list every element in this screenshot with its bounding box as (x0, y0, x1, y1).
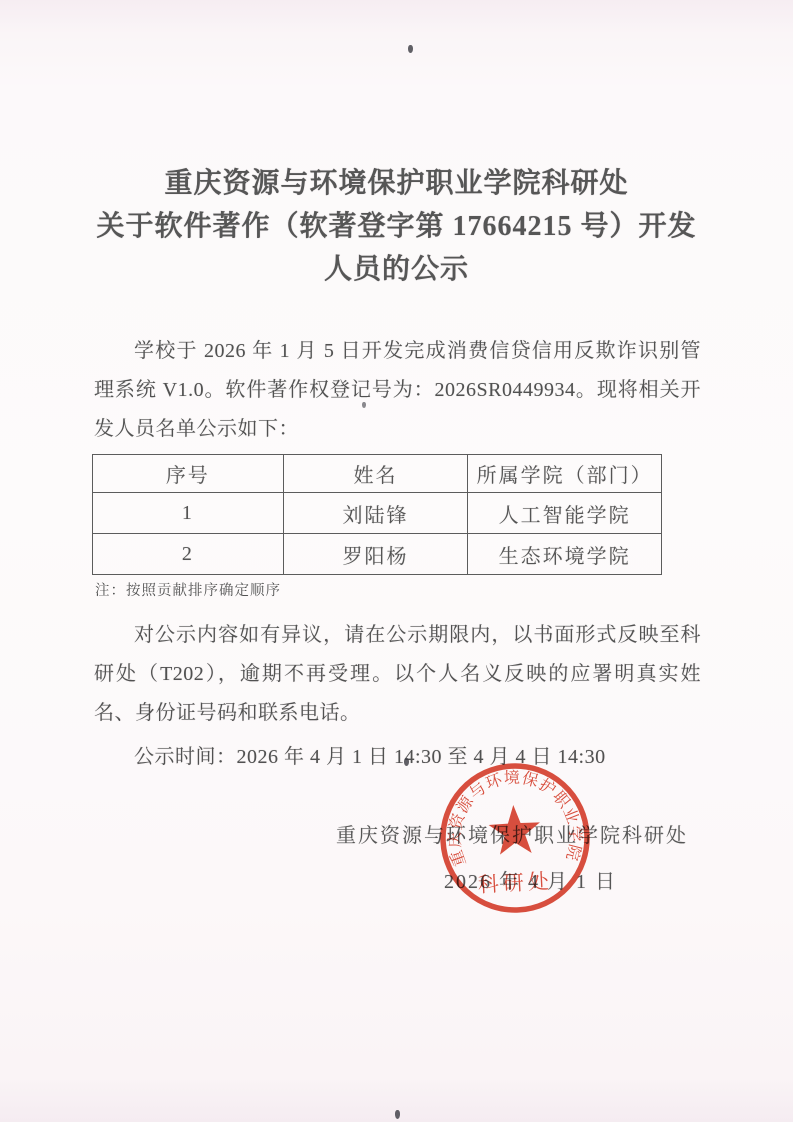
developers-table: 序号 姓名 所属学院（部门） 1 刘陆锋 人工智能学院 2 罗阳杨 生态环境学院 (92, 454, 662, 575)
scan-speck (404, 758, 409, 766)
scan-speck (395, 1110, 400, 1119)
document-title: 重庆资源与环境保护职业学院科研处 关于软件著作（软著登字第 17664215 号… (0, 162, 793, 291)
cell-dept: 人工智能学院 (468, 493, 662, 534)
scan-speck (408, 45, 413, 53)
cell-dept: 生态环境学院 (468, 534, 662, 575)
document-page: 重庆资源与环境保护职业学院科研处 关于软件著作（软著登字第 17664215 号… (0, 0, 793, 1122)
header-dept: 所属学院（部门） (468, 455, 662, 493)
intro-paragraph: 学校于 2026 年 1 月 5 日开发完成消费信贷信用反欺诈识别管理系统 V1… (94, 332, 701, 449)
signature-org: 重庆资源与环境保护职业学院科研处 (0, 819, 793, 848)
cell-name: 罗阳杨 (283, 534, 468, 575)
header-seq: 序号 (93, 455, 284, 493)
title-line-2: 关于软件著作（软著登字第 17664215 号）开发 (0, 205, 793, 248)
cell-seq: 1 (93, 493, 284, 534)
header-name: 姓名 (283, 455, 468, 493)
table-note: 注：按照贡献排序确定顺序 (95, 579, 793, 600)
scan-speck (362, 402, 366, 408)
title-line-3: 人员的公示 (0, 248, 793, 291)
table-row: 1 刘陆锋 人工智能学院 (93, 493, 662, 534)
table-header-row: 序号 姓名 所属学院（部门） (93, 455, 662, 493)
seal-ring-text-holder: 重庆资源与环境保护职业学院 (442, 765, 585, 870)
signature-date: 2026 年 4 月 1 日 (0, 865, 793, 894)
seal-ring-text: 重庆资源与环境保护职业学院 (442, 765, 585, 870)
cell-name: 刘陆锋 (283, 493, 468, 534)
objection-paragraph: 对公示内容如有异议，请在公示期限内，以书面形式反映至科研处（T202），逾期不再… (94, 616, 701, 733)
publicity-time: 公示时间：2026 年 4 月 1 日 14:30 至 4 月 4 日 14:3… (94, 738, 701, 777)
cell-seq: 2 (93, 534, 284, 575)
table-row: 2 罗阳杨 生态环境学院 (93, 534, 662, 575)
title-line-1: 重庆资源与环境保护职业学院科研处 (0, 162, 793, 205)
